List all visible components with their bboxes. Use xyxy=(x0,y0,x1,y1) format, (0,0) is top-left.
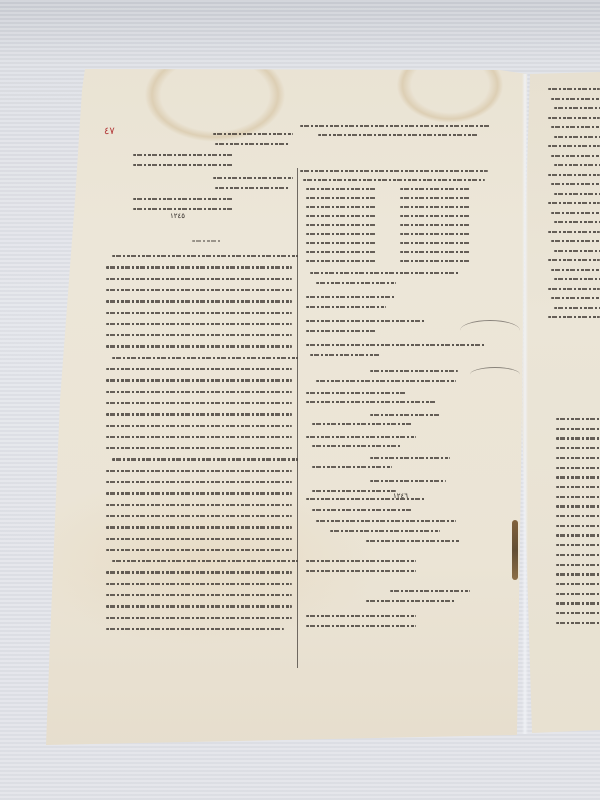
ink-mark xyxy=(470,367,520,382)
text-line xyxy=(556,496,600,498)
text-line xyxy=(556,573,600,575)
text-line xyxy=(106,515,292,517)
text-line xyxy=(112,357,298,359)
text-line xyxy=(556,622,600,624)
text-line xyxy=(106,617,292,619)
verse-year-right: ١٢٤٦ xyxy=(393,492,408,500)
text-line xyxy=(554,193,600,195)
text-line xyxy=(548,117,600,119)
text-line xyxy=(106,312,292,314)
column-rule xyxy=(297,168,298,668)
page-gap xyxy=(522,74,528,734)
page-number: ٤٧ xyxy=(104,126,115,137)
text-line xyxy=(106,345,292,347)
text-line xyxy=(551,155,600,157)
ink-mark xyxy=(460,320,520,341)
text-line xyxy=(556,554,600,556)
text-line xyxy=(106,583,292,585)
text-line xyxy=(556,564,600,566)
text-line xyxy=(551,269,600,271)
text-line xyxy=(556,505,600,507)
text-line xyxy=(106,266,292,268)
tear-stain xyxy=(512,520,518,580)
text-line xyxy=(551,98,600,100)
text-line xyxy=(106,504,292,506)
text-line xyxy=(554,250,600,252)
text-line xyxy=(106,538,292,540)
text-line xyxy=(556,525,600,527)
left-page-paper xyxy=(0,0,600,800)
text-line xyxy=(556,602,600,604)
text-line xyxy=(106,526,292,528)
text-line xyxy=(106,492,292,494)
text-line xyxy=(556,486,600,488)
verse-year: ١٢٤٥ xyxy=(170,212,185,220)
text-line xyxy=(106,391,292,393)
text-line xyxy=(106,436,292,438)
text-line xyxy=(556,467,600,469)
text-line xyxy=(556,428,600,430)
text-line xyxy=(106,470,292,472)
text-line xyxy=(106,413,292,415)
text-line xyxy=(106,605,292,607)
text-line xyxy=(556,593,600,595)
text-line xyxy=(556,583,600,585)
text-line xyxy=(556,476,600,478)
text-line xyxy=(548,231,600,233)
text-line xyxy=(106,549,292,551)
text-line xyxy=(106,628,284,630)
text-line xyxy=(551,212,600,214)
document-photo: ٤٧ ١٢٤٥ ١٢٤٦ xyxy=(0,0,600,800)
text-line xyxy=(106,425,292,427)
text-line xyxy=(106,300,292,302)
text-line xyxy=(556,457,600,459)
text-line xyxy=(106,379,292,381)
text-line xyxy=(556,534,600,536)
text-line xyxy=(554,307,600,309)
text-line xyxy=(106,402,292,404)
text-line xyxy=(112,458,298,460)
text-line xyxy=(554,136,600,138)
text-line xyxy=(106,278,292,280)
text-line xyxy=(106,571,292,573)
text-line xyxy=(106,289,292,291)
text-line xyxy=(548,174,600,176)
text-line xyxy=(106,323,292,325)
text-line xyxy=(548,288,600,290)
text-line xyxy=(556,437,600,439)
